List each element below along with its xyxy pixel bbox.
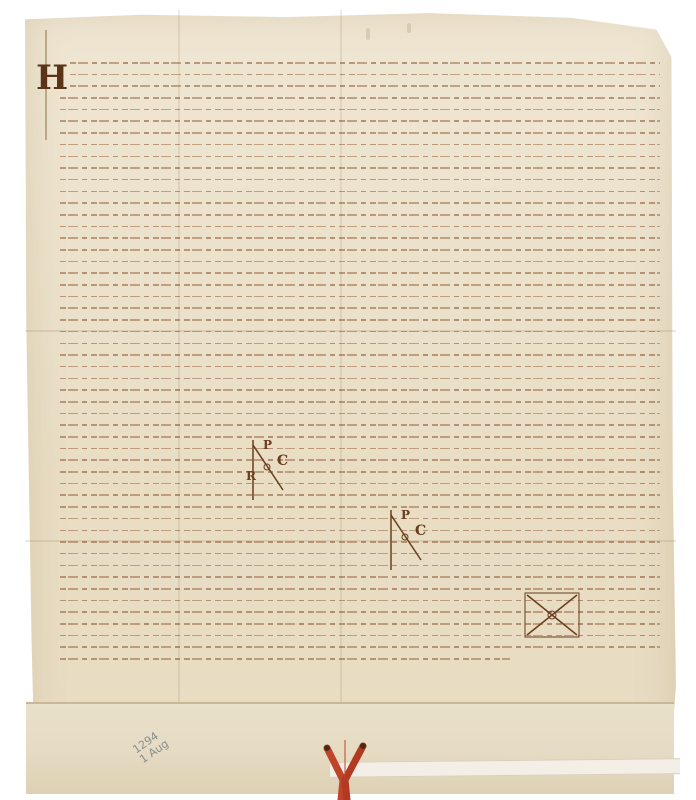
parchment-hole <box>366 28 370 40</box>
monogram-left: P C R <box>245 435 290 505</box>
svg-text:P: P <box>263 438 272 452</box>
charter-text <box>60 62 660 670</box>
illuminated-initial: H <box>36 60 62 96</box>
parchment-hole <box>407 23 411 33</box>
seal-cord <box>315 740 375 800</box>
svg-text:C: C <box>277 453 288 469</box>
monogram-right <box>522 590 582 640</box>
svg-text:C: C <box>415 523 426 539</box>
svg-text:R: R <box>246 469 257 483</box>
monogram-center: P C <box>383 505 428 575</box>
svg-text:P: P <box>401 508 410 522</box>
